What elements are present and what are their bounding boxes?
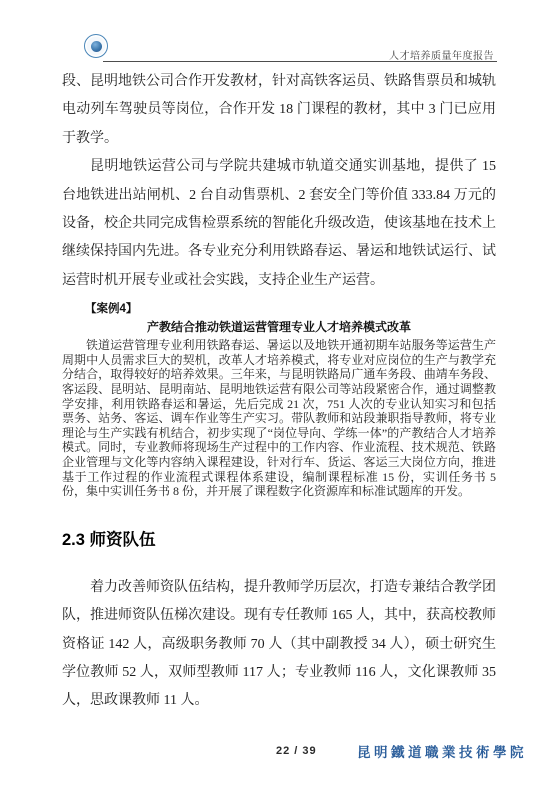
section-heading-2-3: 2.3 师资队伍 (62, 526, 496, 550)
paragraph-continued: 段、昆明地铁公司合作开发教材，针对高铁客运员、铁路售票员和城轨电动列车驾驶员等岗… (62, 68, 496, 153)
seal-globe-icon (91, 41, 102, 52)
case-label: 【案例4】 (85, 302, 496, 317)
footer-school-name: 昆明鐵道職業技術學院 (357, 741, 527, 761)
document-page: 人才培养质量年度报告 段、昆明地铁公司合作开发教材，针对高铁客运员、铁路售票员和… (0, 0, 557, 800)
paragraph-faculty: 着力改善师资队伍结构，提升教师学历层次，打造专兼结合教学团队，推进师资队伍梯次建… (62, 574, 496, 716)
page-number-indicator: 22 / 39 (276, 745, 317, 757)
case-body-text: 铁道运营管理专业利用铁路春运、暑运以及地铁开通初期车站服务等运营生产周期中人员需… (62, 338, 496, 499)
paragraph-training-base: 昆明地铁运营公司与学院共建城市轨道交通实训基地，提供了 15 台地铁进出站闸机、… (62, 153, 496, 295)
case-title: 产教结合推动铁道运营管理专业人才培养模式改革 (62, 319, 496, 335)
case-study-block: 【案例4】 产教结合推动铁道运营管理专业人才培养模式改革 铁道运营管理专业利用铁… (62, 302, 496, 499)
page-content: 段、昆明地铁公司合作开发教材，针对高铁客运员、铁路售票员和城轨电动列车驾驶员等岗… (62, 68, 496, 716)
header-running-title: 人才培养质量年度报告 (389, 47, 494, 62)
header-divider (103, 61, 497, 62)
school-seal-icon (84, 34, 108, 58)
